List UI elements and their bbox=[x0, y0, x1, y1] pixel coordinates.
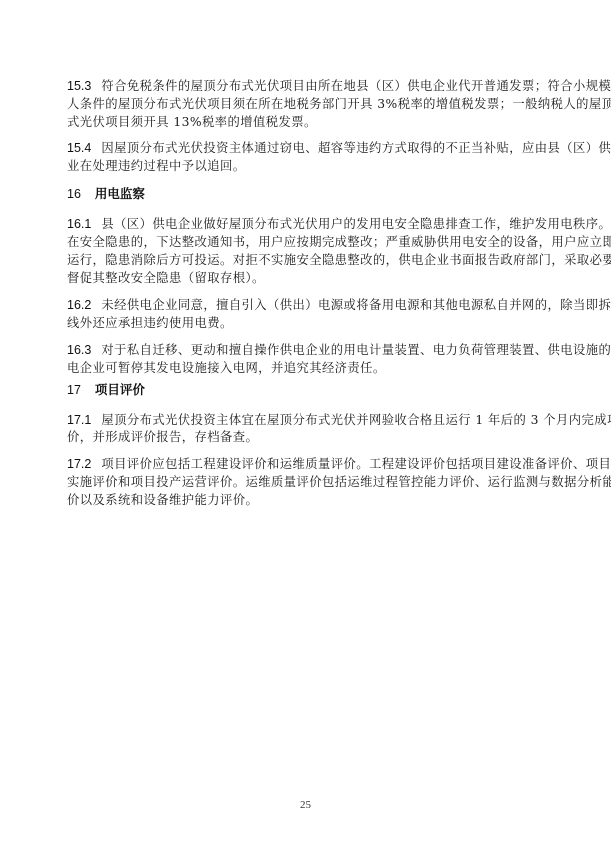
paragraph-15-3-line-1: 15.3符合免税条件的屋顶分布式光伏项目由所在地县（区）供电企业代开普通发票；符… bbox=[67, 77, 551, 95]
clause-number: 16.1 bbox=[67, 217, 91, 231]
paragraph-17-2-line-3: 价以及系统和设备维护能力评价。 bbox=[67, 491, 551, 509]
clause-number: 15.4 bbox=[67, 141, 91, 155]
paragraph-16-3-line-1: 16.3对于私自迁移、更动和擅自操作供电企业的用电计量装置、电力负荷管理装置、供… bbox=[67, 341, 551, 359]
clause-number: 16.3 bbox=[67, 343, 91, 357]
paragraph-16-1-line-3: 运行，隐患消除后方可投运。对拒不实施安全隐患整改的，供电企业书面报告政府部门，采… bbox=[67, 251, 551, 269]
paragraph-15-3-line-2: 人条件的屋顶分布式光伏项目须在所在地税务部门开具 3%税率的增值税发票；一般纳税… bbox=[67, 95, 551, 113]
section-heading-17: 17项目评价 bbox=[67, 381, 145, 399]
document-page: 15.3符合免税条件的屋顶分布式光伏项目由所在地县（区）供电企业代开普通发票；符… bbox=[0, 0, 611, 863]
clause-number: 15.3 bbox=[67, 79, 91, 93]
paragraph-15-3-line-3: 式光伏项目须开具 13%税率的增值税发票。 bbox=[67, 113, 551, 131]
section-heading-16: 16用电监察 bbox=[67, 185, 145, 203]
paragraph-17-2-line-2: 实施评价和项目投产运营评价。运维质量评价包括运维过程管控能力评价、运行监测与数据… bbox=[67, 473, 551, 491]
paragraph-17-1-line-1: 17.1屋顶分布式光伏投资主体宜在屋顶分布式光伏并网验收合格且运行 1 年后的 … bbox=[67, 411, 551, 429]
paragraph-15-4-line-1: 15.4因屋顶分布式光伏投资主体通过窃电、超容等违约方式取得的不正当补贴，应由县… bbox=[67, 139, 551, 157]
paragraph-16-2-line-1: 16.2未经供电企业同意，擅自引入（供出）电源或将备用电源和其他电源私自并网的，… bbox=[67, 296, 551, 314]
page-number: 25 bbox=[0, 799, 611, 811]
clause-number: 16.2 bbox=[67, 298, 91, 312]
clause-number: 17.2 bbox=[67, 457, 91, 471]
paragraph-16-3-line-2: 电企业可暂停其发电设施接入电网，并追究其经济责任。 bbox=[67, 359, 551, 377]
paragraph-16-1-line-1: 16.1县（区）供电企业做好屋顶分布式光伏用户的发用电安全隐患排查工作，维护发用… bbox=[67, 215, 551, 233]
paragraph-16-1-line-4: 督促其整改安全隐患（留取存根）。 bbox=[67, 269, 551, 287]
paragraph-17-2-line-1: 17.2项目评价应包括工程建设评价和运维质量评价。工程建设评价包括项目建设准备评… bbox=[67, 455, 551, 473]
paragraph-17-1-line-2: 价，并形成评价报告，存档备查。 bbox=[67, 428, 551, 446]
clause-number: 17.1 bbox=[67, 413, 91, 427]
paragraph-16-2-line-2: 线外还应承担违约使用电费。 bbox=[67, 314, 551, 332]
paragraph-15-4-line-2: 业在处理违约过程中予以追回。 bbox=[67, 157, 551, 175]
paragraph-16-1-line-2: 在安全隐患的，下达整改通知书，用户应按期完成整改；严重威胁供用电安全的设备，用户… bbox=[67, 233, 551, 251]
